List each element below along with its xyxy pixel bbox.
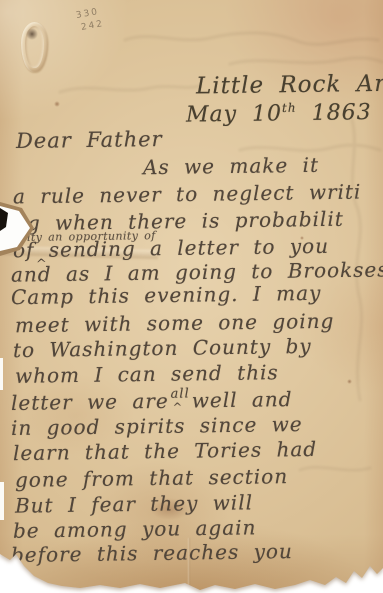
edge-sliver [0, 358, 3, 390]
body-line: in good spirits since we [11, 414, 303, 438]
body-line: whom I can send this [15, 362, 279, 386]
body-line: of sending a letter to you [13, 236, 329, 260]
body-line-with-insertion: letter we areall^well and [11, 389, 293, 413]
fox-spot [347, 379, 352, 384]
heading-date: May 10th 1863 [186, 101, 372, 127]
edge-sliver [0, 482, 4, 520]
heading-date-day: May 10 [186, 101, 282, 127]
line-part: well and [192, 387, 293, 412]
scanned-letter: 330 242 Little R [0, 0, 383, 593]
body-line: learn that the Tories had [13, 439, 317, 463]
salutation-line: Dear Father [16, 129, 163, 152]
heading-date-superscript: th [282, 101, 297, 115]
body-line: and as I am going to Brookses [11, 259, 383, 284]
pencil-note-bottom: 242 [80, 19, 105, 33]
embossed-seal [21, 22, 48, 72]
body-line: a rule never to neglect writi [13, 182, 362, 207]
heading-place: Little Rock Ark [196, 73, 383, 99]
paper-shadow-wrap: 330 242 Little R [0, 0, 383, 593]
all-insertion-caret: ^ [173, 402, 183, 413]
body-line: But I fear they will [15, 492, 253, 515]
heading-date-year: 1863 [311, 100, 371, 126]
pencil-note-top: 330 [75, 7, 100, 21]
line-part: letter we are [11, 389, 169, 415]
body-line: Camp this evening. I may [11, 283, 322, 307]
body-line: before this reaches you [11, 541, 293, 565]
body-line: to Washington County by [13, 336, 312, 360]
body-line: meet with some one going [15, 311, 335, 335]
body-line: be among you again [13, 517, 257, 540]
all-insertion: all^ [171, 387, 190, 400]
body-line: gone from that section [15, 466, 288, 490]
all-insertion-text: all [171, 386, 190, 401]
body-line: As we make it [143, 155, 319, 177]
fox-spot [54, 101, 60, 107]
letter-paper: 330 242 Little R [0, 0, 383, 593]
